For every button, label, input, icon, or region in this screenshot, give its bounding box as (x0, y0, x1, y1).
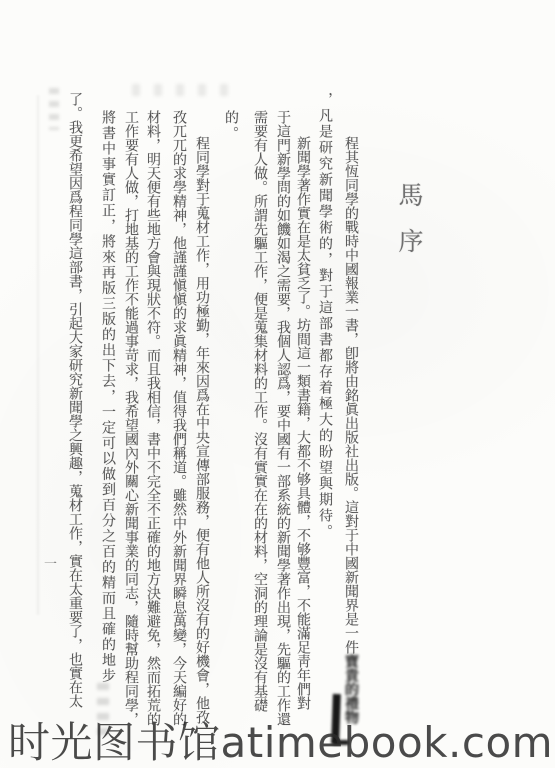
bleed-through-artifact (49, 88, 59, 130)
scanned-book-page: 馬序 程其恆同學的戰時中國報業一書，卽將由銘眞出版社出版。這對于中國新聞界是一件… (0, 0, 555, 768)
bleed-through-artifact (132, 84, 242, 96)
margin-page-marker: 一 (44, 553, 57, 572)
text-column: 的。 (222, 110, 239, 142)
text-column: ，凡是研究新聞學術的，對于這部書都存着極大的盼望與期待。 (316, 92, 333, 540)
text-column: 新聞學著作實在是太貧乏了。坊間這一類書籍，大都不够具體，不够豐富，不能滿足靑年們… (294, 136, 311, 710)
page-fold-line (37, 95, 39, 615)
text-column: 將書中事實訂正，將來再版三版的出下去，一定可以做到百分之百的精而且確的地步 (99, 110, 116, 684)
text-column: 需要有人做。所謂先驅工作，便是蒐集材料的工作。沒有實實在在的材料，空洞的理論是沒… (251, 110, 268, 712)
watermark-text: 时光图书馆atimebook.com (8, 710, 553, 768)
text-column-body: 程其恆同學的戰時中國報業一書，卽將由銘眞出版社出版。這對于中國新聞界是一件 (343, 136, 359, 654)
text-column: 孜兀兀的求學精神，他謹謹愼愼的求眞精神，值得我們稱道。雖然中外新聞界瞬息萬變，今… (170, 110, 187, 726)
text-column: 材料，明天便有些地方會與現狀不符。而且我相信，書中不完全不正確的地方決難避免，然… (144, 110, 161, 726)
text-column: 程同學對于蒐材工作，用功極勤，年來因爲在中央宣傳部服務，便有他人所沒有的好機會，… (193, 136, 210, 724)
text-column: 了。我更希望因爲程同學這部書，引起大家研究新聞學之興趣，蒐材工作，實在太重要了，… (66, 92, 83, 708)
text-column: 程其恆同學的戰時中國報業一書，卽將由銘眞出版社出版。這對于中國新聞界是一件寶貴的… (342, 136, 359, 724)
page-title: 馬序 (391, 182, 427, 274)
text-column: 于這門新學問的如饑如渴之需要，我個人認爲，要中國有一部系統的新聞學著作出現，先驅… (274, 110, 291, 726)
text-column: 工作要有人做，打地基的工作不能過事苛求，我希望國內外關心新聞事業的同志，隨時幫助… (122, 110, 139, 726)
